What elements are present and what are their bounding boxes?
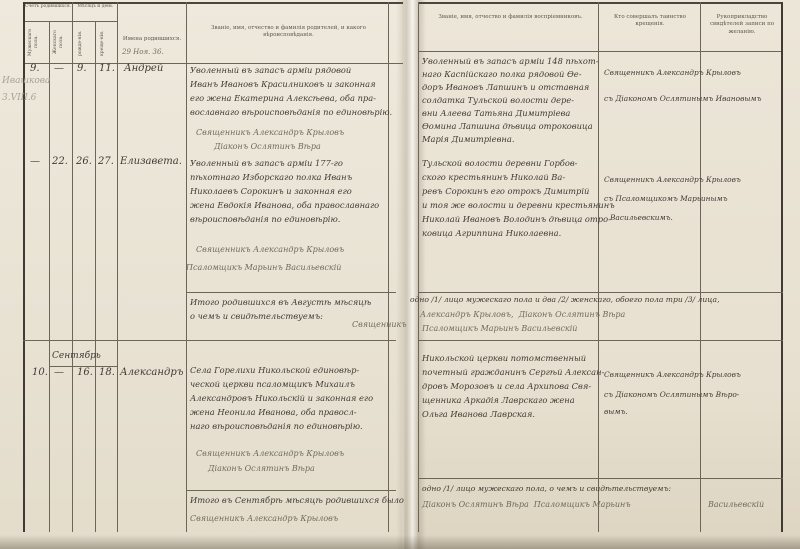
r-entry2-performed-l3: Васильевскимъ. bbox=[610, 211, 673, 225]
header-male: Мужескаго пола. bbox=[28, 24, 40, 60]
col-rule-parents-right bbox=[388, 2, 389, 532]
r-sep-summary-line: одно /1/ лицо мужескаго пола, о чемъ и с… bbox=[422, 482, 671, 496]
entry1-parents-l2: Иванъ Ивановъ Красилниковъ и законная bbox=[190, 78, 376, 92]
entry2-male-no: — bbox=[30, 155, 40, 169]
r-aug-summary-sig2: Псаломщикъ Марьинъ Васильевскій bbox=[422, 322, 577, 335]
r-entry2-performed-l1: Священникъ Александръ Крыловъ bbox=[604, 173, 741, 187]
header-name-of-born: Имена родившихся. bbox=[118, 36, 186, 43]
r-entry1-godparents-l6: Ѳомина Лапшина дѣвица отроковица bbox=[422, 120, 593, 134]
r-entry1-performed-l2: съ Діакономъ Ослятинымъ Ивановымъ bbox=[604, 92, 761, 106]
entry2-parents-l4: жена Евдокія Иванова, оба православнаго bbox=[190, 199, 379, 213]
r-entry1-godparents-l4: солдатка Тульской волости дере- bbox=[422, 94, 574, 108]
header-bottom-rule-right bbox=[418, 51, 783, 52]
entry2-signature-priest: Священникъ Александръ Крыловъ bbox=[196, 243, 344, 256]
header-births-count: Счетъ родившихся. bbox=[24, 4, 72, 10]
entry2-parents-l1: Уволенный въ запасъ арміи 177-го bbox=[190, 157, 343, 171]
r-aug-summary-line: одно /1/ лицо мужескаго пола и два /2/ ж… bbox=[410, 293, 720, 307]
top-rule-right bbox=[418, 2, 783, 4]
r-entry3-godparents-l3: дровъ Морозовъ и села Архипова Свя- bbox=[422, 380, 591, 394]
sep-summary-signature: Священникъ Александръ Крыловъ bbox=[190, 512, 338, 525]
aug-summary-rule-bottom-right bbox=[418, 340, 783, 341]
entry3-parents-l2: ческой церкви псаломщикъ Михаилъ bbox=[190, 378, 355, 392]
r-entry1-godparents-l2: наго Каспійскаго полка рядовой Ѳе- bbox=[422, 68, 582, 82]
margin-note-line2: 3.VIII.6 bbox=[2, 92, 36, 106]
r-aug-summary-sig1: Александръ Крыловъ, Діаконъ Ослятинъ Вѣр… bbox=[420, 308, 625, 321]
r-entry3-performed-l2: съ Діакономъ Ослятинымъ Вѣро- bbox=[604, 388, 739, 402]
col-rule-female bbox=[72, 2, 73, 532]
aug-summary-rule-top bbox=[186, 292, 396, 293]
entry3-name: Александръ bbox=[120, 366, 183, 380]
entry3-month: Сентябрь bbox=[52, 350, 101, 364]
r-entry3-godparents-l4: щенника Аркадія Лаврскаго жена bbox=[422, 394, 575, 408]
r-entry2-godparents-l2: ского крестьянинъ Николай Ва- bbox=[422, 171, 565, 185]
entry2-signature-psalmist: Псаломщикъ Марьинъ Васильевскій bbox=[186, 261, 341, 274]
entry2-name: Елизавета. bbox=[120, 155, 182, 169]
r-entry1-performed-l1: Священникъ Александръ Крыловъ bbox=[604, 66, 741, 80]
r-entry1-godparents-l7: Марія Димитріевна. bbox=[422, 133, 514, 147]
r-entry3-performed-l1: Священникъ Александръ Крыловъ bbox=[604, 368, 741, 382]
r-entry2-performed-l2: съ Псаломщикомъ Марьинымъ bbox=[604, 192, 728, 206]
right-left-border bbox=[418, 2, 419, 532]
entry3-baptized: 18. bbox=[99, 366, 115, 380]
aug-summary-signature: Священникъ bbox=[352, 318, 407, 331]
r-entry3-godparents-l2: почетный гражданинъ Сергѣй Алексан- bbox=[422, 366, 604, 380]
header-born: рожде-нія. bbox=[78, 28, 84, 58]
col-rule-male bbox=[49, 21, 50, 532]
header-godparents: Званіе, имя, отчество и фамилія воспріем… bbox=[428, 14, 593, 21]
entry2-parents-l2: пѣхотнаго Изборскаго полка Иванъ bbox=[190, 171, 352, 185]
col-rule-baptized bbox=[117, 2, 118, 532]
page-bottom-shadow bbox=[0, 535, 800, 549]
r-entry1-godparents-l3: доръ Ивановъ Лапшинъ и отставная bbox=[422, 81, 589, 95]
entry3-female-no: — bbox=[54, 366, 64, 380]
entry1-male-no: 9. bbox=[30, 62, 40, 76]
r-sep-summary-sig1: Діаконъ Ослятинъ Вѣра Псаломщикъ Марьинъ bbox=[422, 498, 631, 511]
col-rule-performed-by bbox=[700, 2, 701, 532]
entry1-parents-l1: Уволенный въ запасъ арміи рядовой bbox=[190, 64, 351, 78]
entry1-parents-l4: вославнаго вѣроисповѣданія по единовѣрію… bbox=[190, 106, 392, 120]
register-spread: Счетъ родившихся. Мужескаго пола. Женска… bbox=[0, 0, 800, 549]
entry3-parents-l5: наго вѣроисповѣданія по единовѣрію. bbox=[190, 420, 363, 434]
entry2-female-no: 22. bbox=[52, 155, 68, 169]
entry1-signature-priest: Священникъ Александръ Крыловъ bbox=[196, 126, 344, 139]
header-parents: Званіе, имя, отчество и фамилія родителе… bbox=[196, 25, 381, 40]
header-baptized: креще-нія. bbox=[100, 28, 106, 58]
entry3-male-no: 10. bbox=[32, 366, 48, 380]
r-entry1-godparents-l5: вни Алеева Татьяна Димитріева bbox=[422, 107, 570, 121]
entry2-parents-l3: Николаевъ Сорокинъ и законная его bbox=[190, 185, 352, 199]
entry1-signature-deacon: Діаконъ Ослятинъ Вѣра bbox=[214, 140, 321, 153]
entry3-signature-deacon: Діаконъ Ослятинъ Вѣра bbox=[208, 462, 315, 475]
sep-summary-rule-top-right bbox=[418, 478, 783, 479]
r-entry2-godparents-l1: Тульской волости деревни Горбов- bbox=[422, 157, 577, 171]
header-name-pencil-note: 29 Ноя. 36. bbox=[122, 46, 164, 60]
r-sep-summary-sig2: Васильевскій bbox=[708, 498, 764, 511]
entry2-baptized: 27. bbox=[98, 155, 114, 169]
header-female: Женскаго пола. bbox=[53, 24, 65, 60]
aug-summary-rule-bottom bbox=[23, 340, 396, 341]
entry3-parents-l1: Села Горелихи Никольской единовѣр- bbox=[190, 364, 359, 378]
entry2-parents-l5: вѣроисповѣданія по единовѣрію. bbox=[190, 213, 340, 227]
r-entry3-godparents-l5: Ольга Иванова Лаврская. bbox=[422, 408, 535, 422]
entry1-parents-l3: его жена Екатерина Алексѣева, оба пра- bbox=[190, 92, 376, 106]
sep-summary-rule-top bbox=[186, 490, 396, 491]
right-border bbox=[781, 2, 783, 532]
entry2-born: 26. bbox=[76, 155, 92, 169]
r-entry2-godparents-l5: Николай Ивановъ Володинъ дѣвица отро- bbox=[422, 213, 611, 227]
header-month-day: Мѣсяцъ и день bbox=[73, 4, 117, 10]
r-entry1-godparents-l1: Уволенный въ запасъ арміи 148 пѣхот- bbox=[422, 55, 599, 69]
entry1-female-no: — bbox=[54, 62, 64, 76]
entry1-born: 9. bbox=[77, 62, 87, 76]
entry3-parents-l3: Александровъ Никольскій и законная его bbox=[190, 392, 373, 406]
header-witness-signature: Рукоприкладство свидѣтелей записи по жел… bbox=[704, 14, 780, 36]
col-rule-born bbox=[95, 21, 96, 532]
entry3-signature-priest: Священникъ Александръ Крыловъ bbox=[196, 447, 344, 460]
header-sub-rule bbox=[23, 21, 118, 22]
margin-note-line1: Ивашкова bbox=[2, 75, 50, 89]
entry3-parents-l4: жена Неонила Иванова, оба правосл- bbox=[190, 406, 357, 420]
col-rule-godparents bbox=[598, 2, 599, 532]
r-entry3-godparents-l1: Никольской церкви потомственный bbox=[422, 352, 586, 366]
r-entry2-godparents-l6: ковица Агриппина Николаевна. bbox=[422, 227, 561, 241]
r-entry2-godparents-l3: ревъ Сорокинъ его отрокъ Димитрій bbox=[422, 185, 589, 199]
entry3-born: 16. bbox=[77, 366, 93, 380]
entry1-name: Андрей bbox=[124, 62, 163, 76]
header-sacrament-by: Кто совершалъ таинство крещенія. bbox=[604, 14, 696, 29]
aug-summary-l1: Итого родившихся въ Августѣ мѣсяцѣ bbox=[190, 296, 371, 310]
sep-summary-l1: Итого въ Сентябрѣ мѣсяцѣ родившихся было bbox=[190, 494, 404, 508]
aug-summary-l2: о чемъ и свидѣтельствуемъ: bbox=[190, 310, 323, 324]
entry1-baptized: 11. bbox=[99, 62, 115, 76]
r-entry3-performed-l3: вымъ. bbox=[604, 405, 628, 419]
r-entry2-godparents-l4: и тоя же волости и деревни крестьянинъ bbox=[422, 199, 615, 213]
